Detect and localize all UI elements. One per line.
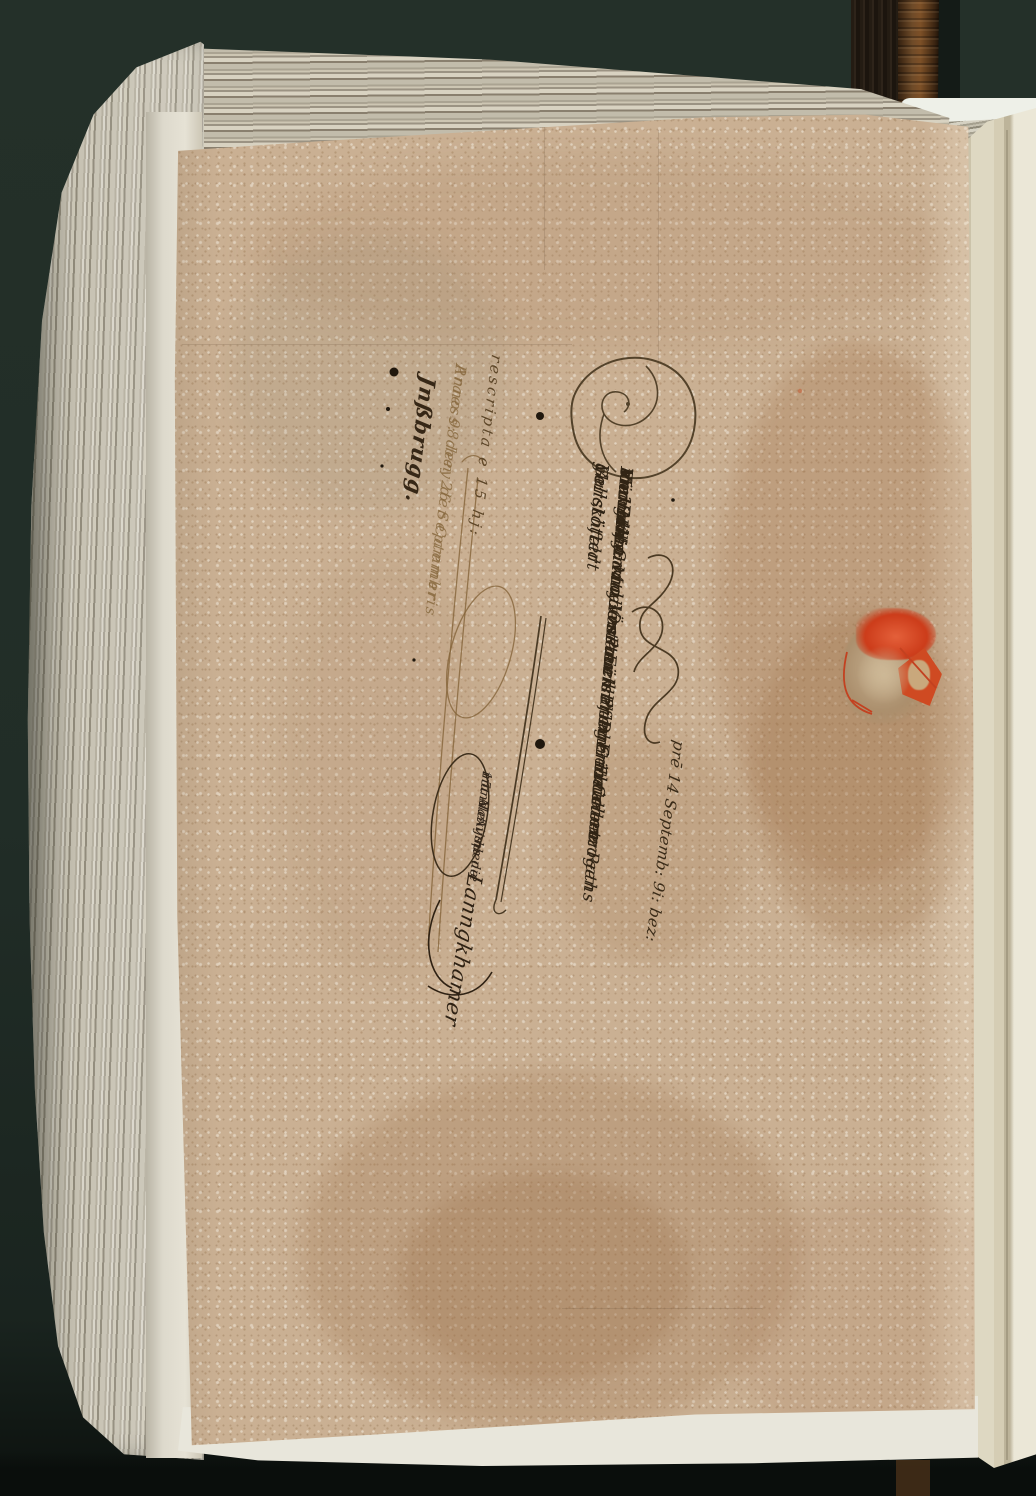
address-line-closing: meinem gb: geben ,: [610, 465, 638, 510]
underline-flourish: [494, 616, 546, 914]
archive-photo-scene: D em Edlen vnd Vessten herrn Fridrichen …: [0, 0, 1036, 1496]
delivery-note: geben ,: [581, 501, 634, 564]
red-fleck: [798, 389, 802, 393]
seal-streaks: [844, 648, 936, 714]
ink-flourish-overlay: [0, 0, 1036, 1496]
paraph-flourish: [632, 555, 678, 743]
